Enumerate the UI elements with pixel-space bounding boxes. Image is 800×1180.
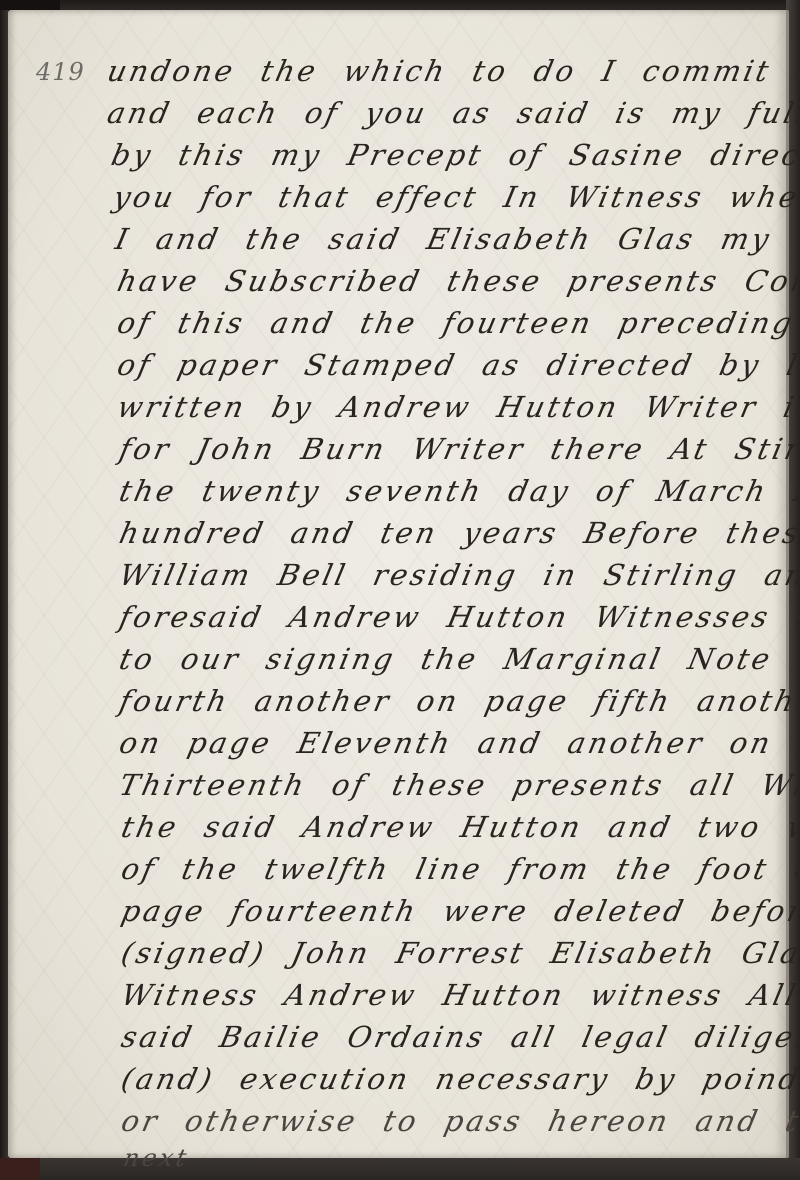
text-line: (signed) John Forrest Elisabeth Glas Wm …	[118, 936, 800, 970]
scan-bottom-border	[0, 1158, 800, 1180]
text-line: for John Burn Writer there At Stirling	[116, 432, 800, 466]
text-line: to our signing the Marginal Note on page	[116, 642, 800, 676]
page-number: 419	[36, 58, 85, 86]
text-line: or otherwise to pass hereon and that	[118, 1104, 800, 1138]
text-line: you for that effect In Witness whereof	[110, 180, 800, 214]
text-line: by this my Precept of Sasine directed to	[108, 138, 800, 172]
text-line: Witness Andrew Hutton witness Allow the	[118, 978, 800, 1012]
text-line: and each of you as said is my full power	[104, 96, 800, 130]
text-line: Thirteenth of these presents all Written…	[116, 768, 800, 802]
text-line: page fourteenth were deleted before sign…	[118, 894, 800, 928]
text-line: undone the which to do I commit to you	[104, 54, 800, 88]
text-line: the twenty seventh day of March Eighteen	[116, 474, 800, 508]
text-line: of paper Stamped as directed by law all	[114, 348, 800, 382]
text-line: of this and the fourteen preceding pages	[114, 306, 800, 340]
text-line: said Bailie Ordains all legal diligence	[118, 1020, 800, 1054]
book-binding-edge	[0, 10, 8, 1160]
text-line: the said Andrew Hutton and two words	[118, 810, 800, 844]
text-line: of the twelfth line from the foot of	[118, 852, 800, 886]
manuscript-page: 419 undone the which to do I commit to y…	[8, 10, 789, 1158]
scan-top-border	[0, 0, 800, 10]
text-line: on page Eleventh and another on page	[116, 726, 800, 760]
text-line: I and the said Elisabeth Glas my spouse	[112, 222, 800, 256]
text-line: William Bell residing in Stirling and th…	[116, 558, 800, 592]
text-line: have Subscribed these presents Consistin…	[114, 264, 800, 298]
text-line: fourth another on page fifth another	[116, 684, 800, 718]
text-line: written by Andrew Hutton Writer in Stirl…	[114, 390, 800, 424]
text-line: (and) execution necessary by poinding ar…	[118, 1062, 800, 1096]
text-line: hundred and ten years Before these Witne…	[116, 516, 800, 550]
text-line: foresaid Andrew Hutton Witnesses also	[116, 600, 800, 634]
text-line: next	[121, 1144, 192, 1172]
